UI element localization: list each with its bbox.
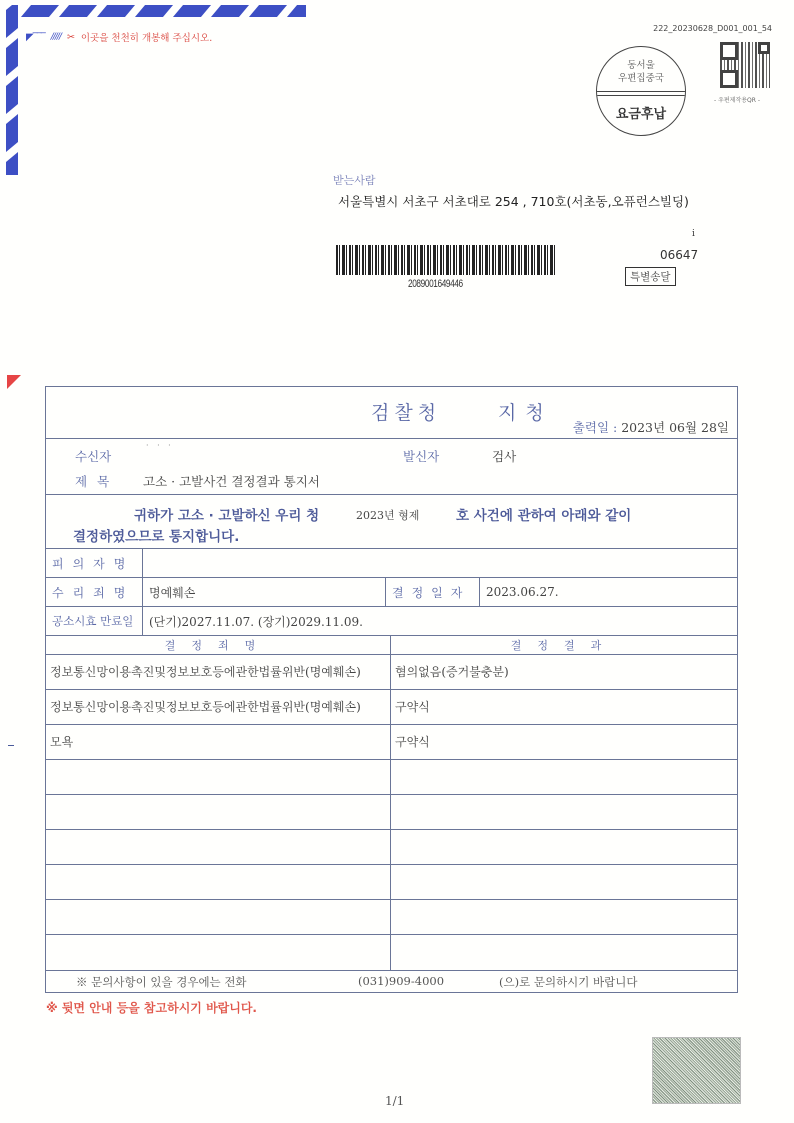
table-row: [46, 935, 737, 970]
notice-line1a: 귀하가 고소 · 고발하신 우리 청: [134, 504, 319, 524]
page-number: 1/1: [385, 1094, 404, 1108]
subject-value: 고소 · 고발사건 결정결과 통지서: [143, 472, 320, 490]
charge-cell: 모욕: [46, 725, 391, 759]
statute-row: 공소시효 만료일 (단기)2027.11.07. (장기)2029.11.09.: [46, 607, 737, 636]
open-hint-text: 이곳을 천천히 개봉해 주십시오.: [81, 30, 212, 44]
delivery-type-badge: 특별송달: [625, 267, 676, 286]
charge-cell: [46, 760, 391, 794]
office-title: 검찰청: [371, 398, 441, 425]
document-code: 222_20230628_D001_001_54: [653, 24, 772, 33]
table-row: [46, 865, 737, 900]
table-row: [46, 900, 737, 935]
postal-code: 06647: [660, 248, 698, 262]
charge-cell: [46, 935, 391, 970]
charge-row: 수리죄명 명예훼손 결정일자 2023.06.27.: [46, 578, 737, 607]
print-date: 출력일 : 2023년 06월 28일: [573, 418, 729, 436]
table-row: 정보통신망이용촉진및정보보호등에관한법률위반(명예훼손)혐의없음(증거불충분): [46, 655, 737, 690]
receiver-label: 수신자: [75, 447, 111, 465]
barcode: [336, 245, 556, 275]
decision-table-header: 결정죄명 결정결과: [46, 636, 737, 655]
table-row: 정보통신망이용촉진및정보보호등에관한법률위반(명예훼손)구약식: [46, 690, 737, 725]
inquiry-footer: ※ 문의사항이 있을 경우에는 전화 (031)909-4000 (으)로 문의…: [46, 970, 737, 992]
tear-mark: /////: [51, 32, 61, 42]
charge-cell: [46, 795, 391, 829]
charge-cell: 정보통신망이용촉진및정보보호등에관한법률위반(명예훼손): [46, 690, 391, 724]
result-cell: 구약식: [391, 690, 737, 724]
subject-label: 제목: [75, 472, 119, 490]
fold-line: [8, 745, 14, 746]
airmail-stripes-top: [6, 5, 306, 17]
table-row: [46, 795, 737, 830]
case-number: 2023년 형제: [356, 507, 419, 523]
print-date-label: 출력일 :: [573, 420, 617, 435]
charge-cell: 정보통신망이용촉진및정보보호등에관한법률위반(명예훼손): [46, 655, 391, 689]
statute-value: (단기)2027.11.07. (장기)2029.11.09.: [143, 607, 737, 635]
charge-cell: [46, 865, 391, 899]
header-result: 결정결과: [391, 636, 737, 654]
stamp-office-line2: 우편집중국: [597, 72, 685, 85]
back-note: ※ 뒷면 안내 등을 참고하시기 바랍니다.: [46, 999, 257, 1016]
charge-cell: [46, 830, 391, 864]
form-header: 검찰청 지청 출력일 : 2023년 06월 28일: [46, 387, 737, 439]
result-cell: [391, 760, 737, 794]
decision-table-body: 정보통신망이용촉진및정보보호등에관한법률위반(명예훼손)혐의없음(증거불충분)정…: [46, 655, 737, 970]
security-pattern: [652, 1037, 741, 1104]
stamp-fee: 요금후납: [597, 103, 685, 122]
result-cell: 혐의없음(증거불충분): [391, 655, 737, 689]
open-hint: ◤‾‾‾ ///// ✂ 이곳을 천천히 개봉해 주십시오.: [26, 30, 212, 44]
notice-text: 귀하가 고소 · 고발하신 우리 청 2023년 형제 호 사건에 관하여 아래…: [46, 495, 737, 549]
sender-label: 발신자: [403, 447, 439, 465]
decision-date-value: 2023.06.27.: [480, 578, 737, 606]
postage-stamp: 동서울 우편집중국 요금후납: [596, 46, 686, 136]
fold-marker-icon: [7, 375, 21, 389]
notice-line1b: 호 사건에 관하여 아래와 같이: [456, 504, 631, 524]
scissors-icon: ✂: [67, 32, 75, 43]
branch-title: 지청: [498, 398, 553, 425]
recipient-address: 서울특별시 서초구 서초대로 254 , 710호(서초동,오퓨런스빌딩): [338, 192, 708, 211]
qr-code: [720, 42, 770, 88]
qr-label: - 우편제작용QR -: [714, 95, 760, 104]
result-cell: [391, 865, 737, 899]
arrow-icon: ◤‾‾‾: [26, 32, 45, 43]
table-row: [46, 830, 737, 865]
footer-text1: ※ 문의사항이 있을 경우에는 전화: [76, 974, 247, 990]
sender-value: 검사: [492, 447, 516, 465]
result-cell: [391, 935, 737, 970]
table-row: 모욕구약식: [46, 725, 737, 760]
footer-text2: (으)로 문의하시기 바랍니다: [499, 974, 637, 990]
suspect-label: 피의자명: [46, 549, 143, 577]
notice-form: 검찰청 지청 출력일 : 2023년 06월 28일 수신자 · · · 발신자…: [45, 386, 738, 993]
suspect-row: 피의자명: [46, 549, 737, 578]
charge-cell: [46, 900, 391, 934]
header-charge: 결정죄명: [46, 636, 391, 654]
decision-date-label: 결정일자: [385, 578, 480, 606]
result-cell: [391, 795, 737, 829]
charge-label: 수리죄명: [46, 578, 143, 606]
receiver-value: · · ·: [146, 441, 174, 450]
airmail-stripes-left: [6, 5, 18, 175]
barcode-number: 2089001649446: [408, 278, 463, 290]
suspect-value: [143, 549, 737, 577]
result-cell: 구약식: [391, 725, 737, 759]
charge-value: 명예훼손: [143, 578, 385, 606]
stamp-office-line1: 동서울: [597, 59, 685, 72]
result-cell: [391, 830, 737, 864]
result-cell: [391, 900, 737, 934]
footer-phone: (031)909-4000: [358, 974, 444, 988]
tick-mark: ⅰ: [692, 229, 695, 239]
statute-label: 공소시효 만료일: [46, 607, 143, 635]
print-date-value: 2023년 06월 28일: [621, 420, 729, 435]
recipient-label: 받는사람: [333, 172, 376, 188]
notice-line2: 결정하였으므로 통지합니다.: [73, 525, 239, 545]
table-row: [46, 760, 737, 795]
meta-section: 수신자 · · · 발신자 검사 제목 고소 · 고발사건 결정결과 통지서: [46, 439, 737, 495]
